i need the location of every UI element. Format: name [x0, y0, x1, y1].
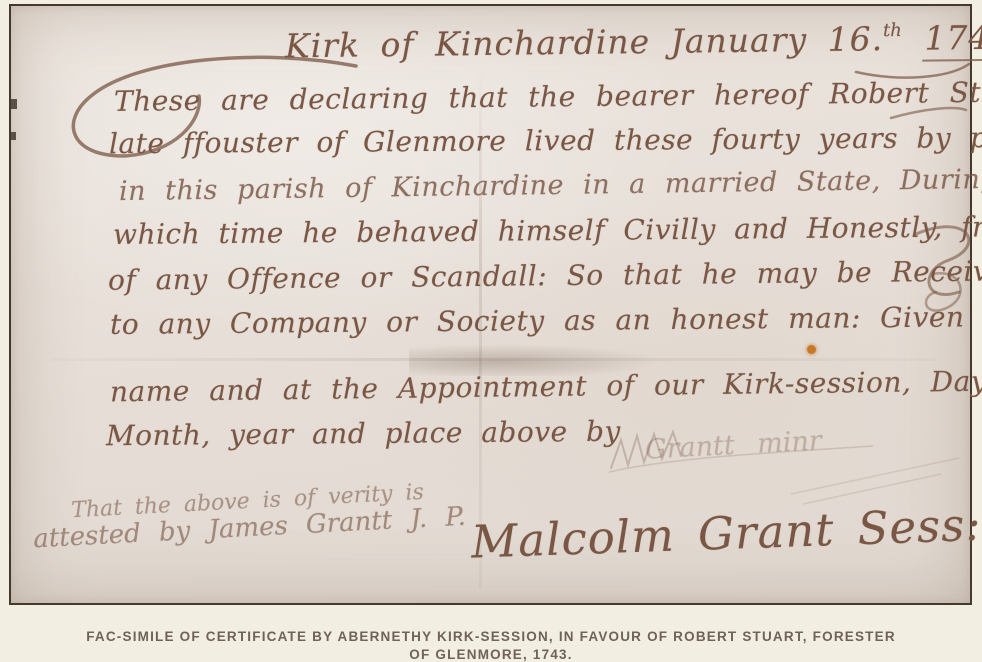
- plate-caption-line2: OF GLENMORE, 1743.: [0, 647, 982, 662]
- scanned-page: Kirk of Kinchardine January 16.th 1743 T…: [0, 0, 982, 662]
- body-line: These are declaring that the bearer here…: [114, 75, 982, 118]
- faint-countersignature: Grantt minr: [644, 425, 822, 465]
- body-line: Month, year and place above by: [106, 415, 621, 452]
- document-heading: Kirk of Kinchardine January 16.th 1743: [285, 18, 982, 66]
- plate-caption-line1: FAC-SIMILE OF CERTIFICATE BY ABERNETHY K…: [0, 629, 982, 644]
- rust-spot: [807, 345, 816, 354]
- heading-year: 1743: [922, 18, 982, 62]
- body-line: to any Company or Society as an honest m…: [110, 300, 982, 341]
- body-line: of any Offence or Scandall: So that he m…: [108, 254, 982, 297]
- body-line: which time he behaved himself Civilly an…: [113, 210, 982, 251]
- scan-speck: [11, 99, 17, 109]
- body-line: late ffouster of Glenmore lived these fo…: [109, 121, 982, 160]
- scan-speck: [11, 132, 16, 140]
- session-clerk-signature: Malcolm Grant Sess: Clk: [470, 494, 982, 568]
- heading-place-date: Kirk of Kinchardine January 16.: [285, 19, 884, 65]
- pencil-strokes: [791, 458, 959, 504]
- certificate-document: Kirk of Kinchardine January 16.th 1743 T…: [9, 4, 972, 605]
- heading-ordinal: th: [883, 20, 902, 41]
- body-line: in this parish of Kinchardine in a marri…: [119, 164, 982, 207]
- body-line: name and at the Appointment of our Kirk-…: [110, 365, 982, 409]
